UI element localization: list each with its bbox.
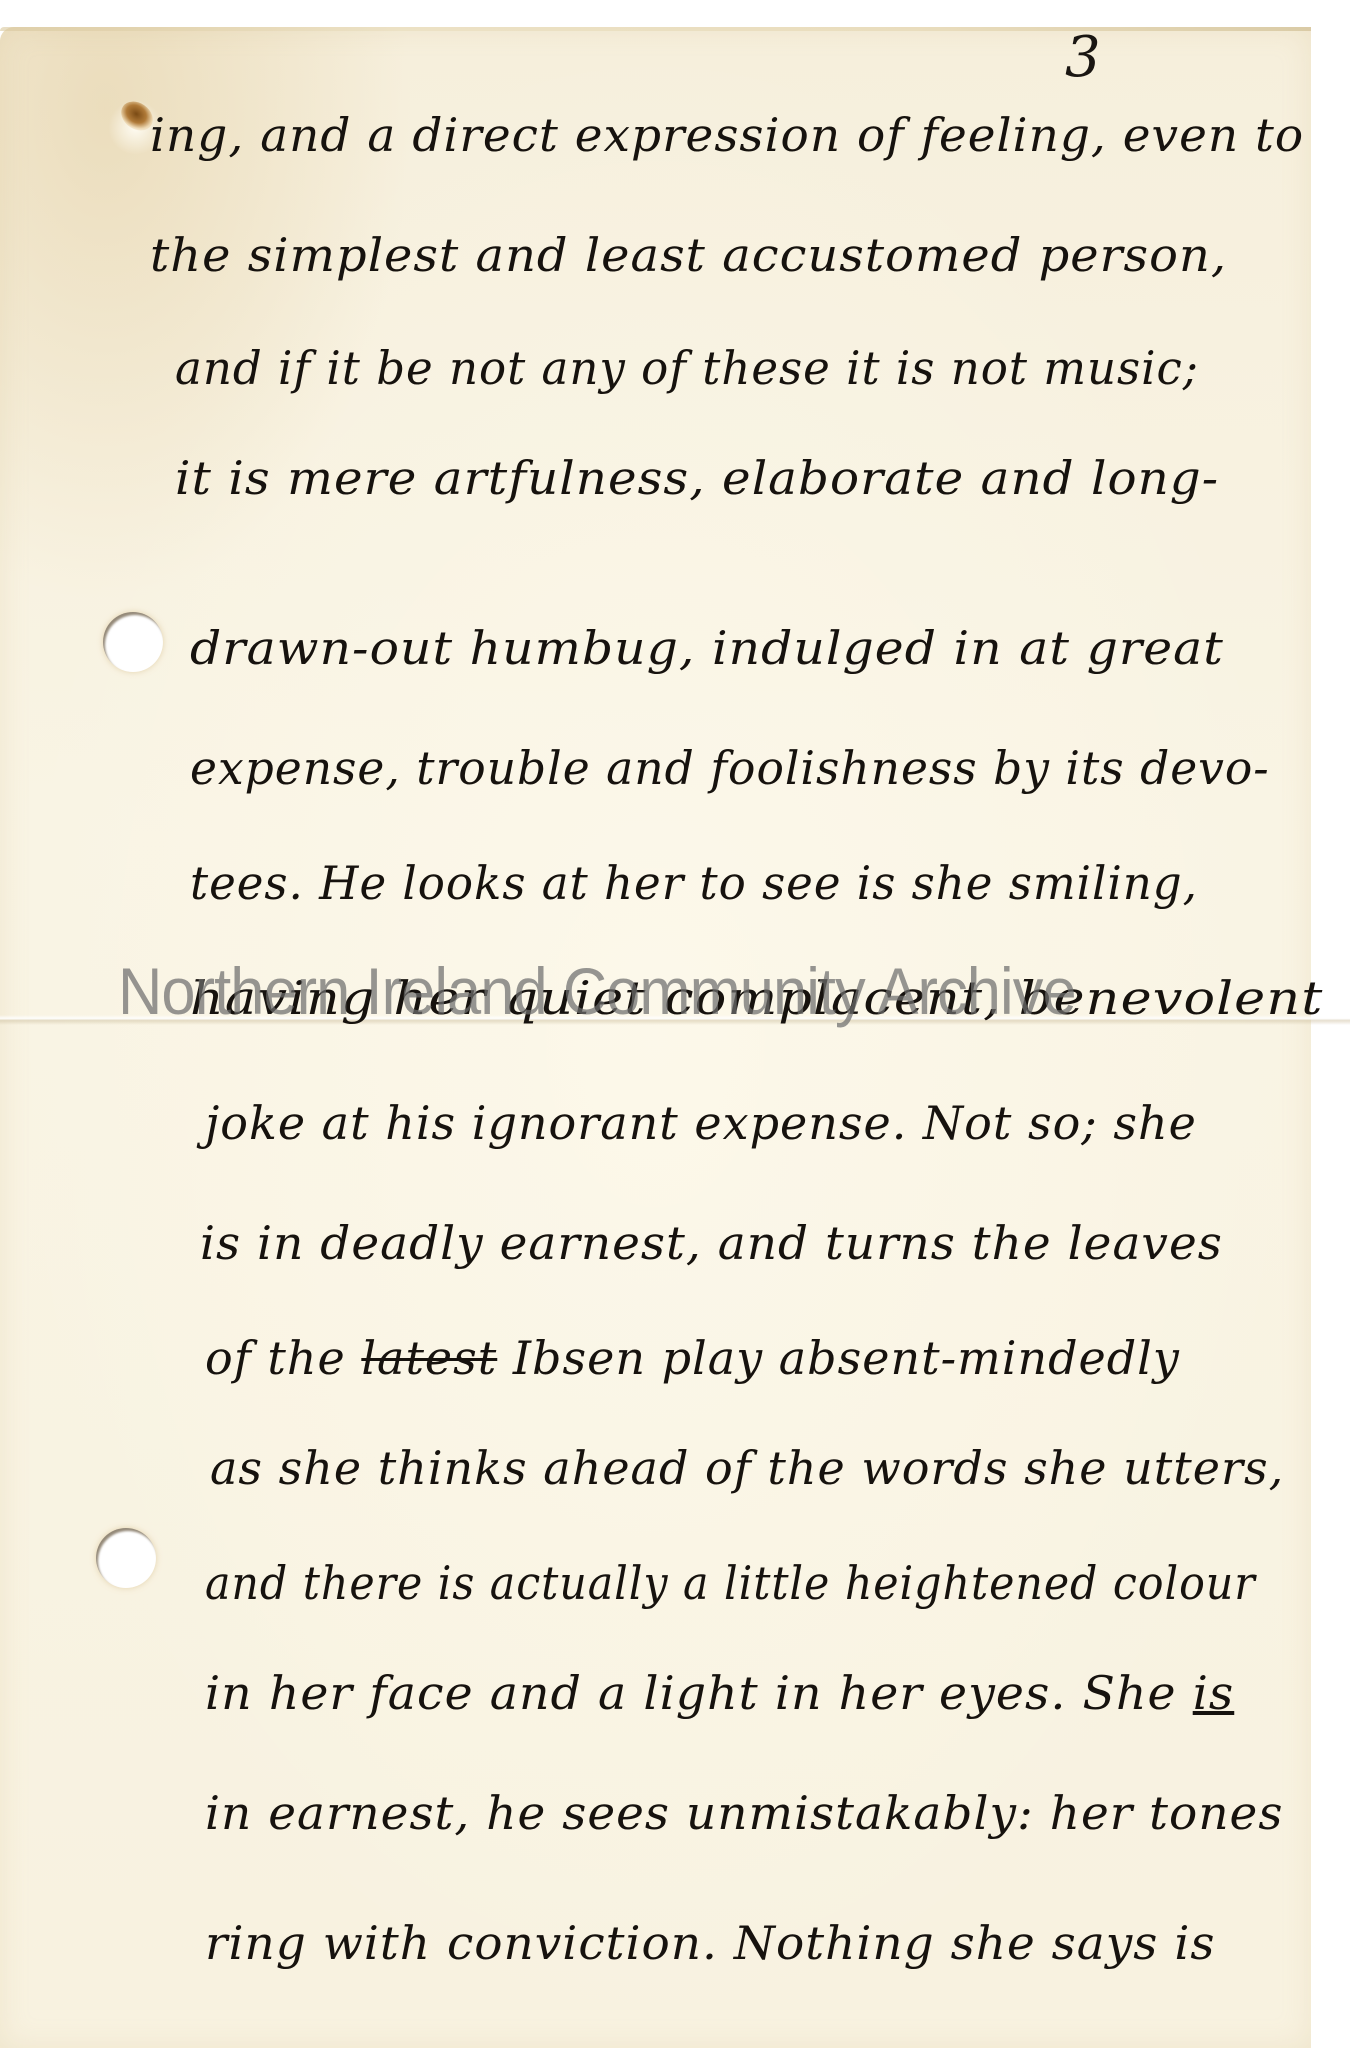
letter-page (0, 27, 1311, 2048)
line-11-end: Ibsen play absent-mindedly (497, 1331, 1180, 1385)
handwritten-line-12: as she thinks ahead of the words she utt… (210, 1445, 1284, 1491)
handwritten-line-2: the simplest and least accustomed person… (150, 232, 1227, 278)
line-11-start: of the (205, 1331, 361, 1385)
handwritten-line-6: expense, trouble and foolishness by its … (190, 745, 1270, 791)
handwritten-line-16: ring with conviction. Nothing she says i… (205, 1920, 1215, 1966)
handwritten-line-8: having her quiet complacent, benevolent (190, 975, 1323, 1021)
handwritten-line-15: in earnest, he sees unmistakably: her to… (205, 1790, 1283, 1836)
paper-top-edge (0, 27, 1311, 31)
struck-through-word: latest (361, 1331, 497, 1385)
punch-hole-lower (96, 1528, 156, 1588)
page-number: 3 (1065, 30, 1101, 86)
handwritten-line-11: of the latest Ibsen play absent-mindedly (205, 1335, 1180, 1381)
handwritten-line-14: in her face and a light in her eyes. She… (205, 1670, 1234, 1716)
handwritten-line-5: drawn-out humbug, indulged in at great (190, 625, 1224, 671)
handwritten-line-13: and there is actually a little heightene… (205, 1560, 1256, 1606)
punch-hole-upper (103, 612, 163, 672)
line-14-start: in her face and a light in her eyes. She (205, 1666, 1193, 1720)
handwritten-line-10: is in deadly earnest, and turns the leav… (200, 1220, 1223, 1266)
handwritten-line-3: and if it be not any of these it is not … (175, 345, 1199, 391)
underlined-word: is (1193, 1666, 1235, 1720)
handwritten-line-7: tees. He looks at her to see is she smil… (190, 860, 1198, 906)
handwritten-line-4: it is mere artfulness, elaborate and lon… (175, 455, 1219, 501)
handwritten-line-1: ing, and a direct expression of feeling,… (150, 112, 1304, 158)
handwritten-line-9: joke at his ignorant expense. Not so; sh… (205, 1100, 1197, 1146)
